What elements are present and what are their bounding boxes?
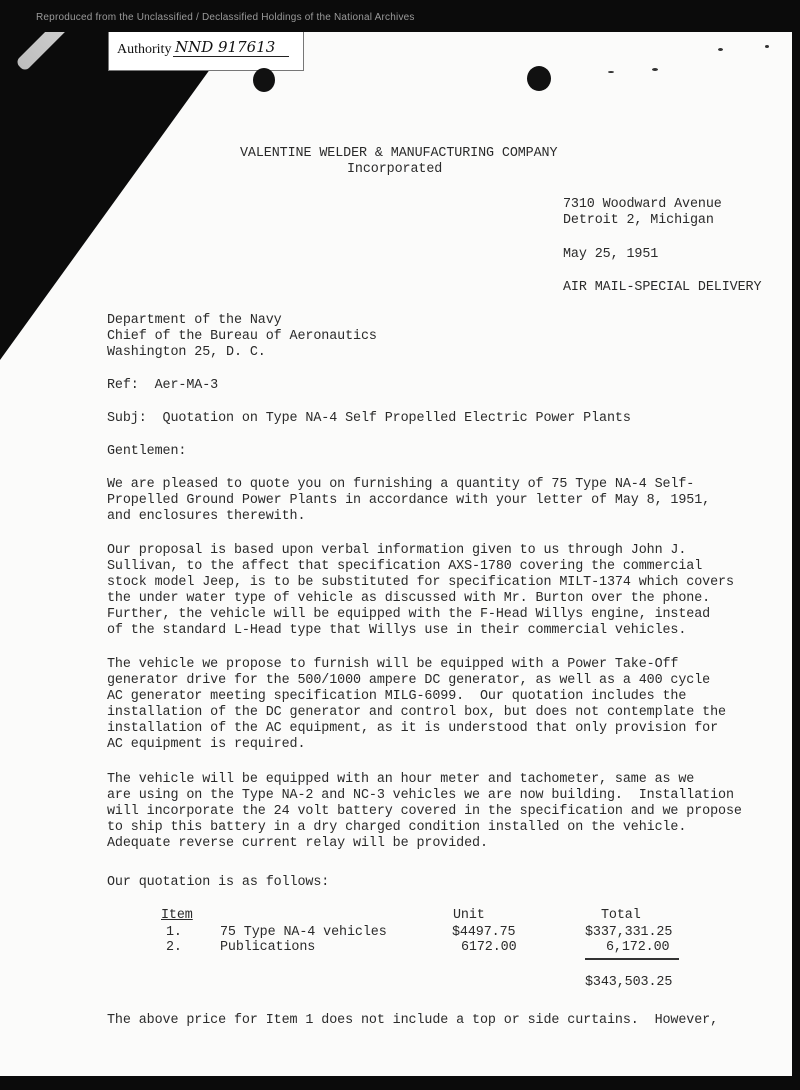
paragraph-3-line: generator drive for the 500/1000 ampere … [107, 673, 710, 689]
paragraph-4-line: are using on the Type NA-2 and NC-3 vehi… [107, 788, 734, 804]
quotation-intro: Our quotation is as follows: [107, 875, 329, 891]
header-item: Item [161, 908, 193, 924]
punch-hole-right [527, 66, 551, 91]
company-name: VALENTINE WELDER & MANUFACTURING COMPANY [240, 146, 557, 162]
recipient-line-1: Department of the Navy [107, 313, 282, 329]
paragraph-4-line: will incorporate the 24 volt battery cov… [107, 804, 742, 820]
reference-line: Ref: Aer-MA-3 [107, 378, 218, 394]
salutation: Gentlemen: [107, 444, 186, 460]
paragraph-2-line: of the standard L-Head type that Willys … [107, 623, 686, 639]
archive-banner: Reproduced from the Unclassified / Decla… [0, 0, 800, 32]
speck [608, 71, 614, 73]
authority-label: Authority [117, 42, 171, 58]
row-total: $337,331.25 [585, 925, 672, 941]
paragraph-3-line: AC generator meeting specification MILG-… [107, 689, 686, 705]
row-description: Publications [220, 940, 315, 956]
paragraph-2-line: the under water type of vehicle as discu… [107, 591, 710, 607]
row-unit: 6172.00 [461, 940, 517, 956]
header-total: Total [601, 908, 641, 924]
punch-hole-left [253, 68, 275, 92]
paragraph-2-line: Our proposal is based upon verbal inform… [107, 543, 686, 559]
paragraph-1-line: Propelled Ground Power Plants in accorda… [107, 493, 710, 509]
recipient-line-3: Washington 25, D. C. [107, 345, 266, 361]
row-item: 1. [166, 925, 182, 941]
recipient-line-2: Chief of the Bureau of Aeronautics [107, 329, 377, 345]
subtotal-rule [585, 958, 679, 960]
paragraph-4-line: to ship this battery in a dry charged co… [107, 820, 686, 836]
paragraph-1-line: and enclosures therewith. [107, 509, 305, 525]
row-description: 75 Type NA-4 vehicles [220, 925, 387, 941]
paragraph-2-line: Sullivan, to the affect that specificati… [107, 559, 702, 575]
address-line-2: Detroit 2, Michigan [563, 213, 714, 229]
closing-line: The above price for Item 1 does not incl… [107, 1013, 718, 1029]
delivery-method: AIR MAIL-SPECIAL DELIVERY [563, 280, 761, 296]
paragraph-2-line: Further, the vehicle will be equipped wi… [107, 607, 710, 623]
paragraph-3-line: installation of the AC equipment, as it … [107, 721, 718, 737]
speck [718, 48, 723, 51]
company-subtitle: Incorporated [347, 162, 442, 178]
paragraph-4-line: The vehicle will be equipped with an hou… [107, 772, 694, 788]
paragraph-3-line: The vehicle we propose to furnish will b… [107, 657, 678, 673]
header-unit: Unit [453, 908, 485, 924]
paragraph-3-line: AC equipment is required. [107, 737, 305, 753]
authority-number: NND 917613 [173, 38, 289, 57]
address-line-1: 7310 Woodward Avenue [563, 197, 722, 213]
speck [765, 45, 769, 48]
authority-stamp: Authority NND 917613 [108, 32, 304, 71]
grand-total: $343,503.25 [585, 975, 672, 991]
letter-date: May 25, 1951 [563, 247, 658, 263]
row-item: 2. [166, 940, 182, 956]
paragraph-2-line: stock model Jeep, is to be substituted f… [107, 575, 734, 591]
speck [652, 68, 658, 71]
row-total: 6,172.00 [606, 940, 670, 956]
subject-line: Subj: Quotation on Type NA-4 Self Propel… [107, 411, 631, 427]
paragraph-1-line: We are pleased to quote you on furnishin… [107, 477, 694, 493]
paragraph-3-line: installation of the DC generator and con… [107, 705, 726, 721]
paragraph-4-line: Adequate reverse current relay will be p… [107, 836, 488, 852]
row-unit: $4497.75 [452, 925, 516, 941]
archive-banner-text: Reproduced from the Unclassified / Decla… [36, 12, 415, 23]
